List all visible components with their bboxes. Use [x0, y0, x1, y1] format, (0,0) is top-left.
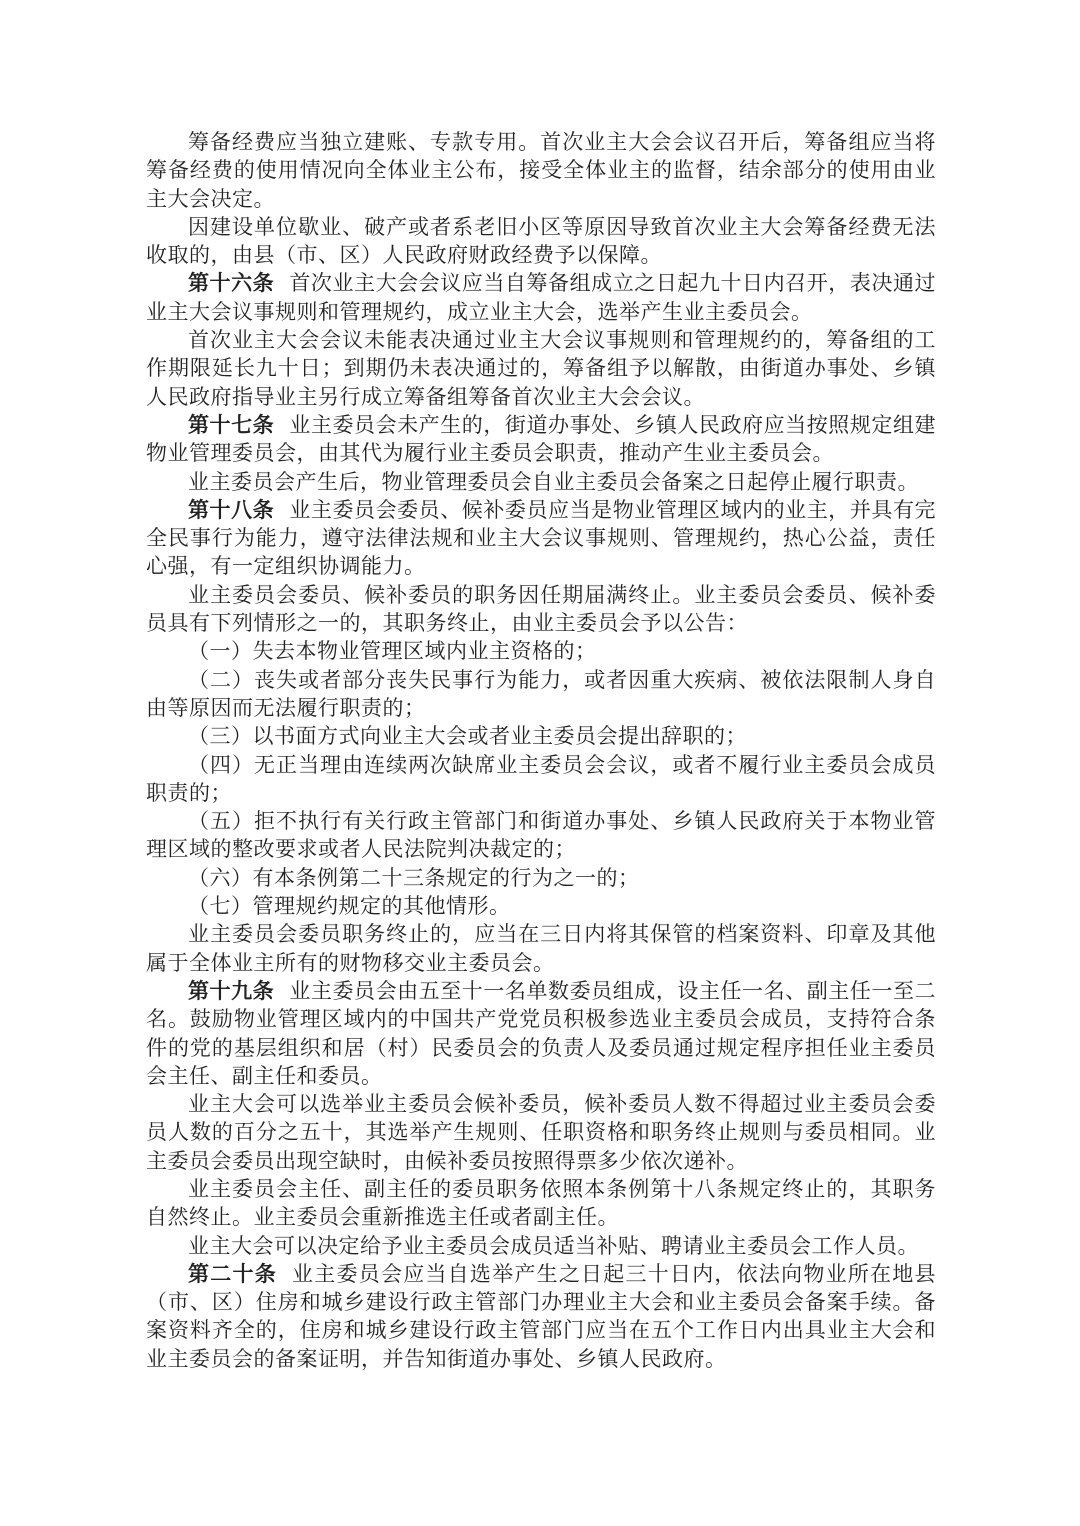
article-number: 第二十条	[188, 1262, 277, 1286]
paragraph-article-20: 第二十条业主委员会应当自选举产生之日起三十日内，依法向物业所在地县（市、区）住房…	[146, 1260, 936, 1373]
paragraph: 业主委员会委员职务终止的，应当在三日内将其保管的档案资料、印章及其他属于全体业主…	[146, 920, 936, 977]
list-item-1: （一）失去本物业管理区域内业主资格的；	[146, 637, 936, 665]
article-number: 第十八条	[188, 498, 274, 522]
paragraph-text: （四）无正当理由连续两次缺席业主委员会会议，或者不履行业主委员会成员职责的；	[146, 753, 936, 805]
article-number: 第十九条	[188, 979, 274, 1003]
paragraph-text: 业主委员会委员、候补委员的职务因任期届满终止。业主委员会委员、候补委员具有下列情…	[146, 583, 936, 635]
paragraph-text: 业主大会可以决定给予业主委员会成员适当补贴、聘请业主委员会工作人员。	[188, 1234, 919, 1258]
paragraph: 业主委员会产生后，物业管理委员会自业主委员会备案之日起停止履行职责。	[146, 468, 936, 496]
paragraph-text: （二）丧失或者部分丧失民事行为能力，或者因重大疾病、被依法限制人身自由等原因而无…	[146, 668, 936, 720]
paragraph: 业主大会可以决定给予业主委员会成员适当补贴、聘请业主委员会工作人员。	[146, 1232, 936, 1260]
paragraph-article-17: 第十七条业主委员会未产生的，街道办事处、乡镇人民政府应当按照规定组建物业管理委员…	[146, 411, 936, 468]
paragraph: 因建设单位歇业、破产或者系老旧小区等原因导致首次业主大会筹备经费无法收取的，由县…	[146, 213, 936, 270]
paragraph-article-19: 第十九条业主委员会由五至十一名单数委员组成，设主任一名、副主任一至二名。鼓励物业…	[146, 977, 936, 1090]
paragraph-text: （三）以书面方式向业主大会或者业主委员会提出辞职的；	[188, 724, 747, 748]
list-item-5: （五）拒不执行有关行政主管部门和街道办事处、乡镇人民政府关于本物业管理区域的整改…	[146, 807, 936, 864]
paragraph: 筹备经费应当独立建账、专款专用。首次业主大会会议召开后，筹备组应当将筹备经费的使…	[146, 128, 936, 213]
article-number: 第十六条	[188, 271, 274, 295]
paragraph-text: 因建设单位歇业、破产或者系老旧小区等原因导致首次业主大会筹备经费无法收取的，由县…	[146, 215, 936, 267]
paragraph-text: 业主大会可以选举业主委员会候补委员，候补委员人数不得超过业主委员会委员人数的百分…	[146, 1092, 936, 1173]
list-item-3: （三）以书面方式向业主大会或者业主委员会提出辞职的；	[146, 722, 936, 750]
paragraph-text: （五）拒不执行有关行政主管部门和街道办事处、乡镇人民政府关于本物业管理区域的整改…	[146, 809, 936, 861]
paragraph-text: （七）管理规约规定的其他情形。	[188, 894, 511, 918]
paragraph-text: 业主委员会委员职务终止的，应当在三日内将其保管的档案资料、印章及其他属于全体业主…	[146, 922, 936, 974]
list-item-6: （六）有本条例第二十三条规定的行为之一的；	[146, 864, 936, 892]
paragraph-text: 筹备经费应当独立建账、专款专用。首次业主大会会议召开后，筹备组应当将筹备经费的使…	[146, 130, 936, 211]
paragraph: 业主大会可以选举业主委员会候补委员，候补委员人数不得超过业主委员会委员人数的百分…	[146, 1090, 936, 1175]
paragraph: 业主委员会委员、候补委员的职务因任期届满终止。业主委员会委员、候补委员具有下列情…	[146, 581, 936, 638]
list-item-2: （二）丧失或者部分丧失民事行为能力，或者因重大疾病、被依法限制人身自由等原因而无…	[146, 666, 936, 723]
document-page: 筹备经费应当独立建账、专款专用。首次业主大会会议召开后，筹备组应当将筹备经费的使…	[0, 0, 1080, 1526]
list-item-7: （七）管理规约规定的其他情形。	[146, 892, 936, 920]
paragraph-text: 业主委员会产生后，物业管理委员会自业主委员会备案之日起停止履行职责。	[188, 470, 919, 494]
paragraph-text: （六）有本条例第二十三条规定的行为之一的；	[188, 866, 640, 890]
paragraph-article-16: 第十六条首次业主大会会议应当自筹备组成立之日起九十日内召开，表决通过业主大会议事…	[146, 269, 936, 326]
paragraph-text: 首次业主大会会议未能表决通过业主大会议事规则和管理规约的，筹备组的工作期限延长九…	[146, 328, 936, 409]
paragraph-text: （一）失去本物业管理区域内业主资格的；	[188, 639, 597, 663]
paragraph-text: 业主委员会主任、副主任的委员职务依照本条例第十八条规定终止的，其职务自然终止。业…	[146, 1177, 936, 1229]
paragraph: 首次业主大会会议未能表决通过业主大会议事规则和管理规约的，筹备组的工作期限延长九…	[146, 326, 936, 411]
paragraph-article-18: 第十八条业主委员会委员、候补委员应当是物业管理区域内的业主，并具有完全民事行为能…	[146, 496, 936, 581]
list-item-4: （四）无正当理由连续两次缺席业主委员会会议，或者不履行业主委员会成员职责的；	[146, 751, 936, 808]
paragraph: 业主委员会主任、副主任的委员职务依照本条例第十八条规定终止的，其职务自然终止。业…	[146, 1175, 936, 1232]
document-body: 筹备经费应当独立建账、专款专用。首次业主大会会议召开后，筹备组应当将筹备经费的使…	[146, 128, 936, 1373]
article-number: 第十七条	[188, 413, 274, 437]
